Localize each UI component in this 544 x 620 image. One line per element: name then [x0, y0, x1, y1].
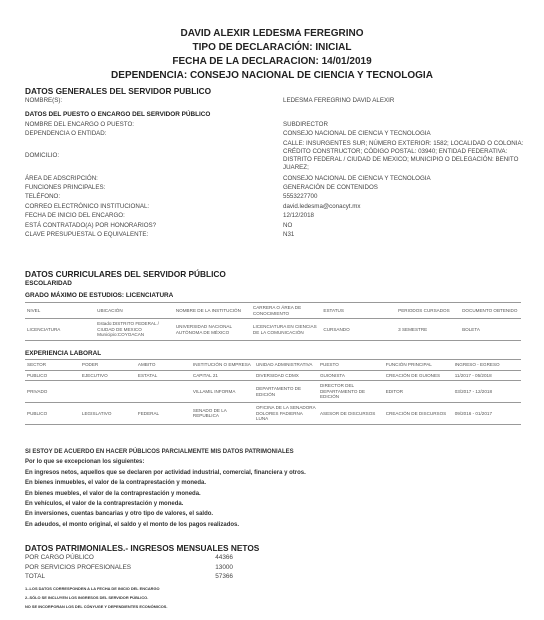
field-value: LEDESMA FEREGRINO DAVID ALEXIR — [283, 96, 525, 105]
field-label: FECHA DE INICIO DEL ENCARGO: — [25, 211, 283, 220]
field-label: TELÉFONO: — [25, 192, 283, 201]
field-value: CONSEJO NACIONAL DE CIENCIA Y TECNOLOGIA — [283, 129, 525, 138]
field-value: 5553227700 — [283, 192, 525, 201]
table-cell: CURSANDO — [321, 319, 396, 341]
table-cell: LICENCIATURA — [25, 319, 95, 341]
table-cell: LEGISLATIVO — [80, 402, 136, 424]
table-cell: FEDERAL — [136, 402, 191, 424]
table-cell: GUIONISTA — [318, 370, 384, 381]
acuerdo-title: SI ESTOY DE ACUERDO EN HACER PÚBLICOS PA… — [25, 447, 306, 457]
table-row: PUBLICOLEGISLATIVOFEDERALSENADO DE LA RE… — [25, 402, 521, 424]
column-header: INSTITUCIÓN O EMPRESA — [191, 360, 254, 371]
puesto-fields: NOMBRE DEL ENCARGO O PUESTO:SUBDIRECTORD… — [25, 120, 525, 239]
field-value: CALLE: INSURGENTES SUR; NÚMERO EXTERIOR:… — [283, 140, 525, 173]
table-cell: CREACIÓN DE DISCURSOS — [384, 402, 453, 424]
table-row: PUBLICOEJECUTIVOESTATALCAPITAL 21DIVERSI… — [25, 370, 521, 381]
grado-maximo: GRADO MÁXIMO DE ESTUDIOS: LICENCIATURA — [25, 292, 173, 299]
table-cell: OFICINA DE LA SENADORA DOLORES PADIERNA … — [254, 402, 318, 424]
column-header: AMBITO — [136, 360, 191, 371]
acuerdo-lines: Por lo que se excepcionan los siguientes… — [25, 457, 306, 530]
table-cell: 03/2017 - 12/2018 — [453, 381, 521, 403]
table-header-row: NIVELUBICACIÓNNOMBRE DE LA INSTITUCIÓNCA… — [25, 303, 521, 319]
table-cell: EJECUTIVO — [80, 370, 136, 381]
ingreso-note: NO SE INCORPORAN LOS DEL CÓNYUGE Y DEPEN… — [25, 602, 167, 611]
section-title-curriculares: DATOS CURRICULARES DEL SERVIDOR PÚBLICO — [25, 269, 226, 279]
acuerdo-line: Por lo que se excepcionan los siguientes… — [25, 457, 306, 467]
table-cell: CAPITAL 21 — [191, 370, 254, 381]
acuerdo-line: En inversiones, cuentas bancarias y otro… — [25, 509, 306, 519]
table-cell: 09/2016 - 01/2017 — [453, 402, 521, 424]
escolaridad-table: NIVELUBICACIÓNNOMBRE DE LA INSTITUCIÓNCA… — [25, 302, 521, 341]
table-cell: Estado:DISTRITO FEDERAL / CIUDAD DE MEXI… — [95, 319, 174, 341]
section-title-puesto: DATOS DEL PUESTO O ENCARGO DEL SERVIDOR … — [25, 111, 210, 118]
field-row: ÁREA DE ADSCRIPCIÓN:CONSEJO NACIONAL DE … — [25, 174, 525, 183]
table-cell: BOLETA — [460, 319, 521, 341]
column-header: UBICACIÓN — [95, 303, 174, 319]
table-cell — [136, 381, 191, 403]
ingreso-note: 1.-LOS DATOS CORRESPONDEN A LA FECHA DE … — [25, 584, 167, 593]
generales-fields: NOMBRE(S): LEDESMA FEREGRINO DAVID ALEXI… — [25, 96, 525, 105]
table-cell: PRIVADO — [25, 381, 80, 403]
ingreso-value: 44366 — [203, 553, 233, 563]
ingresos-notes: 1.-LOS DATOS CORRESPONDEN A LA FECHA DE … — [25, 584, 167, 611]
table-cell: UNIVERSIDAD NACIONAL AUTÓNOMA DE MÉXICO — [174, 319, 251, 341]
declaration-type: TIPO DE DECLARACIÓN: INICIAL — [0, 41, 544, 55]
field-row: DEPENDENCIA O ENTIDAD:CONSEJO NACIONAL D… — [25, 129, 525, 138]
table-cell: DIRECTOR DEL DEPARTAMENTO DE EDICIÓN — [318, 381, 384, 403]
field-value: SUBDIRECTOR — [283, 120, 525, 129]
acuerdo-block: SI ESTOY DE ACUERDO EN HACER PÚBLICOS PA… — [25, 447, 306, 530]
field-value: david.ledesma@conacyt.mx — [283, 202, 525, 211]
field-label: FUNCIONES PRINCIPALES: — [25, 183, 283, 192]
ingreso-label: POR SERVICIOS PROFESIONALES — [25, 563, 203, 573]
acuerdo-line: En bienes muebles, el valor de la contra… — [25, 489, 306, 499]
section-title-patrimoniales: DATOS PATRIMONIALES.- INGRESOS MENSUALES… — [25, 543, 259, 553]
table-cell: 3 SEMESTRE — [396, 319, 460, 341]
column-header: CARRERA O ÁREA DE CONOCIMIENTO — [251, 303, 321, 319]
acuerdo-line: En ingresos netos, aquellos que se decla… — [25, 468, 306, 478]
field-row: ESTÁ CONTRATADO(A) POR HONORARIOS?NO — [25, 221, 525, 230]
column-header: ESTATUS — [321, 303, 396, 319]
document-header: DAVID ALEXIR LEDESMA FEREGRINO TIPO DE D… — [0, 27, 544, 83]
column-header: UNIDAD ADMINISTRATIVA — [254, 360, 318, 371]
field-value: N31 — [283, 230, 525, 239]
column-header: SECTOR — [25, 360, 80, 371]
table-cell: CREACIÓN DE GUIONES — [384, 370, 453, 381]
field-value: CONSEJO NACIONAL DE CIENCIA Y TECNOLOGIA — [283, 174, 525, 183]
experiencia-table: SECTORPODERAMBITOINSTITUCIÓN O EMPRESAUN… — [25, 359, 521, 425]
ingreso-note: 2.-SÓLO SE INCLUYEN LOS INGRESOS DEL SER… — [25, 593, 167, 602]
field-label: CLAVE PRESUPUESTAL O EQUIVALENTE: — [25, 230, 283, 239]
acuerdo-line: En adeudos, el monto original, el saldo … — [25, 520, 306, 530]
field-row: TELÉFONO:5553227700 — [25, 192, 525, 201]
table-cell: EDITOR — [384, 381, 453, 403]
ingreso-label: POR CARGO PÚBLICO — [25, 553, 203, 563]
field-label: ÁREA DE ADSCRIPCIÓN: — [25, 174, 283, 183]
table-cell: 11/2017 - 05/2018 — [453, 370, 521, 381]
column-header: PUESTO — [318, 360, 384, 371]
field-label: DOMICILIO: — [25, 152, 283, 160]
field-label: DEPENDENCIA O ENTIDAD: — [25, 129, 283, 138]
table-cell: PUBLICO — [25, 402, 80, 424]
field-row: CLAVE PRESUPUESTAL O EQUIVALENTE:N31 — [25, 230, 525, 239]
field-row: NOMBRE(S): LEDESMA FEREGRINO DAVID ALEXI… — [25, 96, 525, 105]
field-row: DOMICILIO:CALLE: INSURGENTES SUR; NÚMERO… — [25, 139, 525, 174]
ingreso-row: POR CARGO PÚBLICO44366 — [25, 553, 233, 563]
ingreso-value: 57366 — [203, 572, 233, 582]
section-title-generales: DATOS GENERALES DEL SERVIDOR PUBLICO — [25, 86, 211, 96]
column-header: FUNCIÓN PRINCIPAL — [384, 360, 453, 371]
column-header: NIVEL — [25, 303, 95, 319]
column-header: INGRESO - EGRESO — [453, 360, 521, 371]
ingreso-label: TOTAL — [25, 572, 203, 582]
field-label: CORREO ELECTRÓNICO INSTITUCIONAL: — [25, 202, 283, 211]
field-label: ESTÁ CONTRATADO(A) POR HONORARIOS? — [25, 221, 283, 230]
ingreso-row: TOTAL57366 — [25, 572, 233, 582]
table-header-row: SECTORPODERAMBITOINSTITUCIÓN O EMPRESAUN… — [25, 360, 521, 371]
table-cell: DEPARTAMENTO DE EDICIÓN — [254, 381, 318, 403]
table-cell: ESTATAL — [136, 370, 191, 381]
declaration-date: FECHA DE LA DECLARACION: 14/01/2019 — [0, 55, 544, 69]
column-header: PODER — [80, 360, 136, 371]
table-cell: PUBLICO — [25, 370, 80, 381]
field-label: NOMBRE(S): — [25, 96, 283, 105]
escolaridad-label: ESCOLARIDAD — [25, 280, 72, 287]
column-header: DOCUMENTO OBTENIDO — [460, 303, 521, 319]
ingreso-row: POR SERVICIOS PROFESIONALES13000 — [25, 563, 233, 573]
ingreso-value: 13000 — [203, 563, 233, 573]
section-title-experiencia: EXPERIENCIA LABORAL — [25, 350, 101, 357]
field-row: FUNCIONES PRINCIPALES:GENERACIÓN DE CONT… — [25, 183, 525, 192]
field-row: CORREO ELECTRÓNICO INSTITUCIONAL:david.l… — [25, 202, 525, 211]
ingresos-list: POR CARGO PÚBLICO44366POR SERVICIOS PROF… — [25, 553, 233, 582]
table-cell: DIVERSIDAD CDMX — [254, 370, 318, 381]
field-label: NOMBRE DEL ENCARGO O PUESTO: — [25, 120, 283, 129]
acuerdo-line: En vehículos, el valor de la contraprest… — [25, 499, 306, 509]
table-cell: ASESOR DE DISCURSOS — [318, 402, 384, 424]
table-cell: VILLAMIL INFORMA — [191, 381, 254, 403]
table-row: PRIVADOVILLAMIL INFORMADEPARTAMENTO DE E… — [25, 381, 521, 403]
declarant-name: DAVID ALEXIR LEDESMA FEREGRINO — [0, 27, 544, 41]
declaration-dependency: DEPENDENCIA: CONSEJO NACIONAL DE CIENCIA… — [0, 69, 544, 83]
table-cell: SENADO DE LA REPUBLICA — [191, 402, 254, 424]
field-row: FECHA DE INICIO DEL ENCARGO:12/12/2018 — [25, 211, 525, 220]
field-value: 12/12/2018 — [283, 211, 525, 220]
field-row: NOMBRE DEL ENCARGO O PUESTO:SUBDIRECTOR — [25, 120, 525, 129]
acuerdo-line: En bienes inmuebles, el valor de la cont… — [25, 478, 306, 488]
table-cell — [80, 381, 136, 403]
column-header: PERIODOS CURSADOS — [396, 303, 460, 319]
field-value: NO — [283, 221, 525, 230]
table-cell: LICENCIATURA EN CIENCIAS DE LA COMUNICAC… — [251, 319, 321, 341]
column-header: NOMBRE DE LA INSTITUCIÓN — [174, 303, 251, 319]
table-row: LICENCIATURAEstado:DISTRITO FEDERAL / CI… — [25, 319, 521, 341]
field-value: GENERACIÓN DE CONTENIDOS — [283, 183, 525, 192]
